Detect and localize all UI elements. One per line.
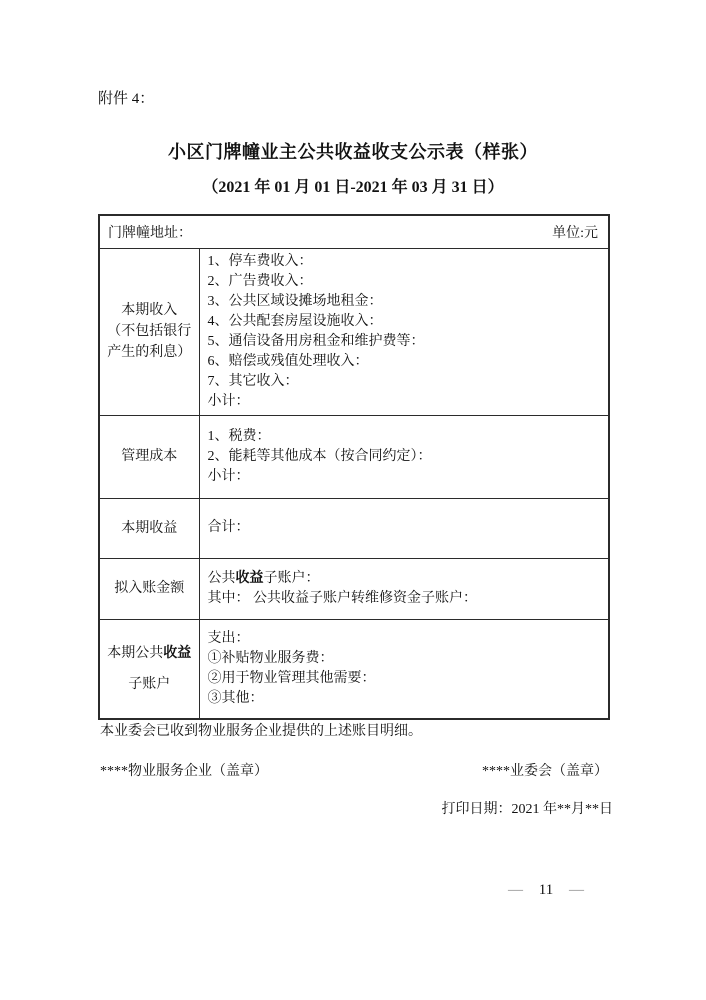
committee-seal-label: ****业委会（盖章） [482,760,608,780]
deposit-line1-pre: 公共 [208,571,236,586]
cost-subtotal: 小计： [208,467,601,487]
income-item: 3、公共区域设摊场地租金： [208,292,601,312]
income-content-cell: 1、停车费收入： 2、广告费收入： 3、公共区域设摊场地租金： 4、公共配套房屋… [199,248,609,415]
deposit-content-cell: 公共收益子账户： 其中： 公共收益子账户转维修资金子账户： [199,558,609,619]
income-item: 1、停车费收入： [208,252,601,272]
deposit-line1-post: 子账户： [264,571,320,586]
subaccount-label-line2: 子账户 [102,674,197,695]
profit-label-cell: 本期收益 [99,498,199,558]
profit-total: 合计： [208,518,601,538]
income-label-line1: 本期收入 [102,300,197,321]
seal-line: ****物业服务企业（盖章） ****业委会（盖章） [100,760,608,780]
page-number-dash-right: — [569,882,584,899]
acknowledgement-text: 本业委会已收到物业服务企业提供的上述账目明细。 [100,720,422,740]
row-current-profit: 本期收益 合计： [99,498,609,558]
page-number-value: 11 [539,882,553,899]
profit-content-cell: 合计： [199,498,609,558]
cost-label: 管理成本 [102,446,197,467]
print-date: 打印日期：2021 年**月**日 [98,798,613,818]
subaccount-content-cell: 支出： ①补贴物业服务费： ②用于物业管理其他需要： ③其他： [199,619,609,719]
deposit-label-cell: 拟入账金额 [99,558,199,619]
attachment-label: 附件 4： [98,88,608,110]
subaccount-item: ②用于物业管理其他需要： [208,669,601,689]
income-label-line2: （不包括银行 [102,321,197,342]
page-number-dash-left: — [508,882,523,899]
subaccount-item: ①补贴物业服务费： [208,649,601,669]
profit-label: 本期收益 [102,518,197,539]
row-current-income: 本期收入 （不包括银行 产生的利息） 1、停车费收入： 2、广告费收入： 3、公… [99,248,609,415]
table-header-cell: 门牌幢地址： 单位:元 [99,215,609,248]
row-public-profit-subaccount: 本期公共收益 子账户 支出： ①补贴物业服务费： ②用于物业管理其他需要： ③其… [99,619,609,719]
income-label-line3: 产生的利息） [102,342,197,363]
income-item: 2、广告费收入： [208,272,601,292]
subaccount-item: ③其他： [208,689,601,709]
deposit-line1: 公共收益子账户： [208,569,601,589]
page-title: 小区门牌幢业主公共收益收支公示表（样张） [98,140,608,164]
document-page: 附件 4： 小区门牌幢业主公共收益收支公示表（样张） （2021 年 01 月 … [98,88,608,720]
subaccount-label-cell: 本期公共收益 子账户 [99,619,199,719]
subaccount-label-line1: 本期公共收益 [102,643,197,664]
income-item: 6、赔偿或残值处理收入： [208,352,601,372]
unit-label: 单位:元 [552,222,598,242]
company-seal-label: ****物业服务企业（盖章） [100,760,268,780]
deposit-line1-bold: 收益 [236,571,264,586]
cost-item: 1、税费： [208,427,601,447]
subaccount-item: 支出： [208,629,601,649]
subaccount-label-pre: 本期公共 [107,646,163,661]
cost-content-cell: 1、税费： 2、能耗等其他成本（按合同约定）： 小计： [199,415,609,498]
deposit-line2: 其中： 公共收益子账户转维修资金子账户： [208,589,601,609]
income-item: 5、通信设备用房租金和维护费等： [208,332,601,352]
deposit-label: 拟入账金额 [102,578,197,599]
subaccount-label-bold: 收益 [163,646,191,661]
income-label-cell: 本期收入 （不包括银行 产生的利息） [99,248,199,415]
page-subtitle: （2021 年 01 月 01 日-2021 年 03 月 31 日） [98,177,608,199]
row-planned-deposit: 拟入账金额 公共收益子账户： 其中： 公共收益子账户转维修资金子账户： [99,558,609,619]
row-management-cost: 管理成本 1、税费： 2、能耗等其他成本（按合同约定）： 小计： [99,415,609,498]
income-expense-table: 门牌幢地址： 单位:元 本期收入 （不包括银行 产生的利息） 1、停车费收入： … [98,214,610,720]
address-label: 门牌幢地址： [108,222,192,242]
income-item: 7、其它收入： [208,372,601,392]
page-number: — 11 — [508,882,584,899]
income-subtotal: 小计： [208,392,601,412]
income-item: 4、公共配套房屋设施收入： [208,312,601,332]
cost-item: 2、能耗等其他成本（按合同约定）： [208,447,601,467]
cost-label-cell: 管理成本 [99,415,199,498]
table-header-row: 门牌幢地址： 单位:元 [99,215,609,248]
